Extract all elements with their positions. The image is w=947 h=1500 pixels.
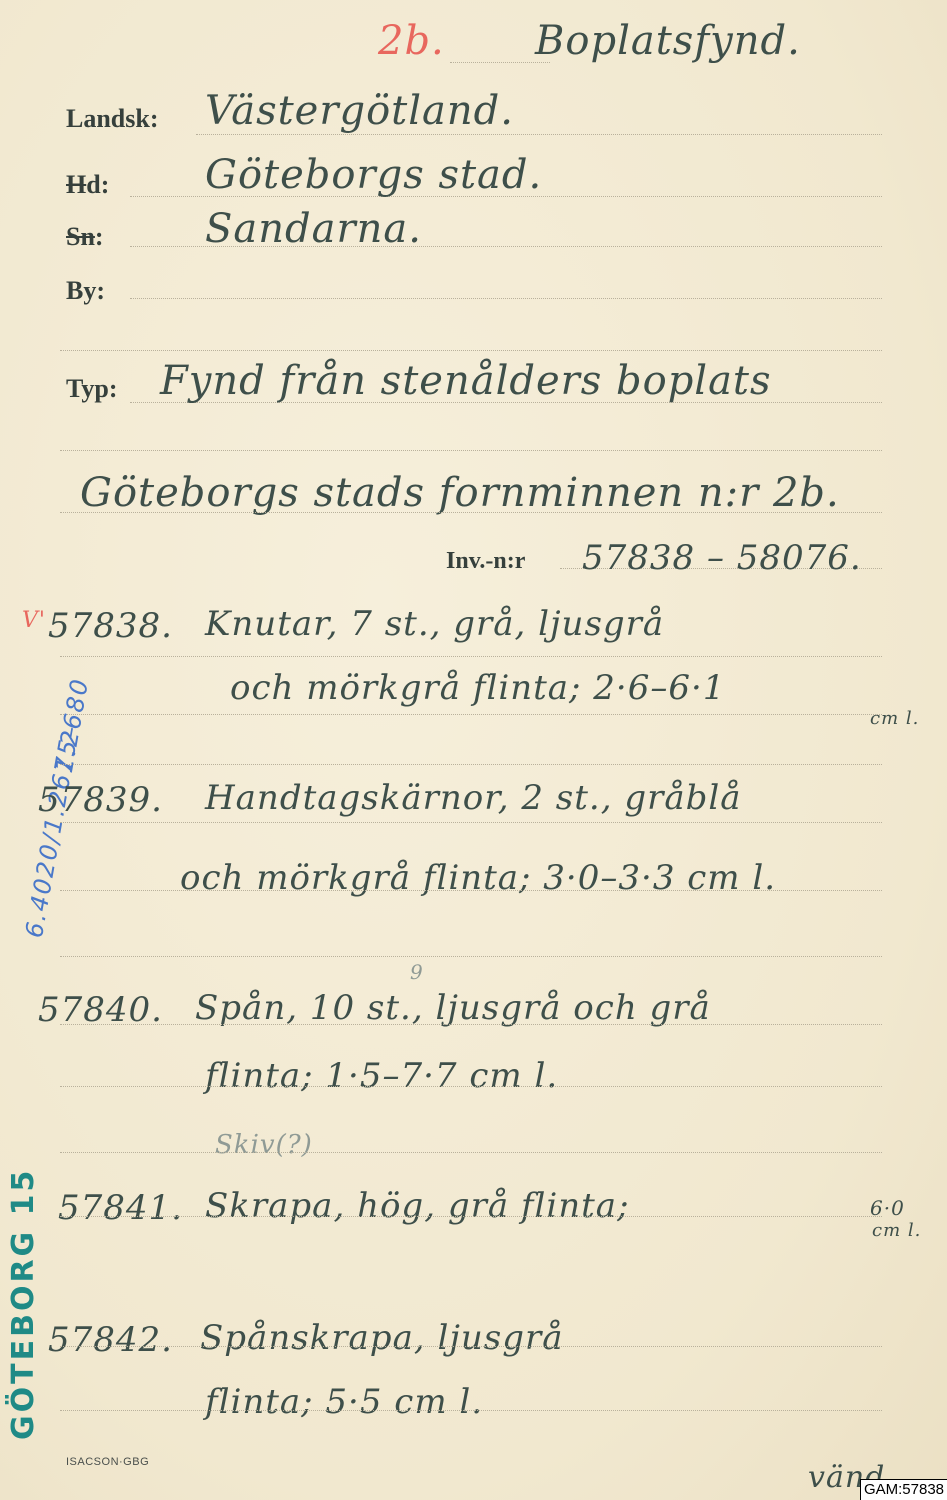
dotted-line	[196, 134, 882, 135]
entry-line: och mörkgrå flinta; 3·0–3·3 cm l.	[180, 858, 776, 898]
goteborg-stamp: GÖTEBORG 15	[6, 1168, 41, 1440]
entry-line: Knutar, 7 st., grå, ljusgrå	[205, 604, 664, 644]
dotted-line	[60, 1152, 882, 1153]
dotted-line	[60, 1086, 882, 1087]
dotted-line	[60, 956, 882, 957]
dotted-line	[60, 714, 882, 715]
dotted-line	[60, 822, 882, 823]
field-label-typ: Typ:	[66, 374, 118, 404]
field-value-typ-line2: Göteborgs stads fornminnen n:r 2b.	[80, 470, 840, 516]
entry-number: 57841.	[58, 1188, 183, 1228]
pencil-correction: 9	[410, 960, 424, 984]
field-value-hd: Göteborgs stad.	[205, 152, 542, 198]
entry-unit: cm l.	[872, 1220, 921, 1241]
entry-line: Handtagskärnor, 2 st., gråblå	[205, 778, 742, 818]
entry-line: flinta; 5·5 cm l.	[205, 1382, 483, 1422]
entry-line: och mörkgrå flinta; 2·6–6·1	[230, 668, 725, 708]
field-value-landsk: Västergötland.	[205, 88, 514, 134]
field-label-landsk: Landsk:	[66, 104, 159, 134]
inv-range: 57838 – 58076.	[582, 538, 862, 578]
catalog-card: 2b. Boplatsfynd. Landsk: Västergötland. …	[0, 0, 947, 1500]
field-label-hd: Hd:	[66, 170, 109, 200]
dotted-line	[60, 1216, 882, 1217]
dotted-line	[60, 764, 882, 765]
field-label-sn: Sn:	[66, 222, 104, 252]
entry-number: 57838.	[48, 606, 173, 646]
field-value-typ: Fynd från stenålders boplats	[160, 358, 772, 404]
catalog-id-label: GAM:57838	[860, 1479, 947, 1500]
field-value-sn: Sandarna.	[205, 206, 422, 252]
entry-number: 57842.	[48, 1320, 173, 1360]
entry-unit: cm l.	[870, 708, 919, 729]
dotted-line	[130, 298, 882, 299]
dotted-line	[60, 450, 882, 451]
entry-line: Spånskrapa, ljusgrå	[200, 1318, 564, 1358]
field-label-by: By:	[66, 276, 105, 306]
top-number: 2b.	[378, 18, 445, 64]
entry-line: Skrapa, hög, grå flinta;	[205, 1186, 630, 1226]
entry-line: Spån, 10 st., ljusgrå och grå	[195, 988, 711, 1028]
dotted-line	[60, 512, 882, 513]
entry-line: flinta; 1·5–7·7 cm l.	[205, 1056, 558, 1096]
dotted-line	[60, 890, 882, 891]
entry-number: 57839.	[38, 780, 163, 820]
printer-mark: ISACSON·GBG	[66, 1456, 149, 1468]
dotted-line	[60, 350, 882, 351]
dotted-line	[60, 1024, 882, 1025]
category-title: Boplatsfynd.	[535, 18, 801, 64]
dotted-line	[60, 656, 882, 657]
inv-label: Inv.-n:r	[446, 548, 525, 575]
red-check-mark: V'	[22, 608, 46, 633]
dotted-line	[60, 1346, 882, 1347]
dotted-line	[60, 1410, 882, 1411]
pencil-note: Skiv(?)	[215, 1130, 313, 1160]
